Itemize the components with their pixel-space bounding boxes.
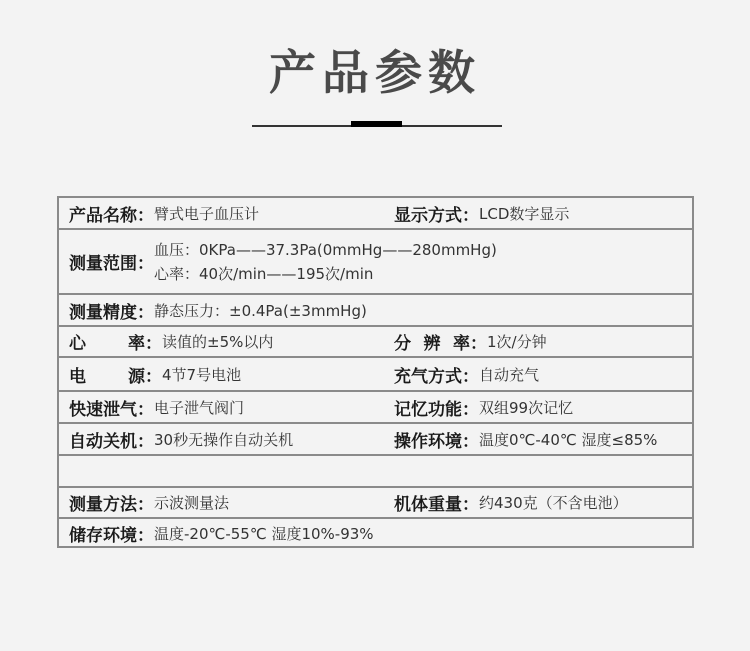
table-row: 产品名称：臂式电子血压计 显示方式：LCD数字显示 [59, 198, 692, 230]
spec-label: 机体重量 [394, 490, 462, 515]
spec-label: 快速泄气 [69, 395, 137, 420]
spec-label: 心率 [69, 329, 145, 354]
table-row: 测量范围： 血压：0KPa——37.3Pa(0mmHg——280mmHg) 心率… [59, 230, 692, 295]
page-title: 产品参数 [0, 36, 750, 103]
table-row: 测量方法：示波测量法 机体重量：约430克（不含电池） [59, 488, 692, 519]
spec-label: 测量范围 [69, 249, 137, 274]
table-row: 测量精度：静态压力：±0.4Pa(±3mmHg) [59, 295, 692, 327]
table-row-empty [59, 456, 692, 488]
spec-value: 自动充气 [479, 364, 539, 385]
spec-label: 产品名称 [69, 201, 137, 226]
spec-value: 臂式电子血压计 [154, 203, 259, 224]
spec-value: 温度0℃-40℃ 湿度≤85% [479, 429, 657, 450]
spec-value: 电子泄气阀门 [154, 397, 244, 418]
spec-label: 操作环境 [394, 427, 462, 452]
spec-value: 30秒无操作自动关机 [154, 429, 293, 450]
spec-table: 产品名称：臂式电子血压计 显示方式：LCD数字显示 测量范围： 血压：0KPa—… [57, 196, 694, 548]
spec-value: 静态压力：±0.4Pa(±3mmHg) [154, 300, 367, 321]
spec-label: 分辨率 [394, 329, 470, 354]
spec-label: 储存环境 [69, 521, 137, 546]
spec-value: 双组99次记忆 [479, 397, 573, 418]
spec-label: 充气方式 [394, 362, 462, 387]
spec-label: 自动关机 [69, 427, 137, 452]
spec-value: 4节7号电池 [162, 364, 241, 385]
spec-value-hr: 心率：40次/min——195次/min [154, 262, 497, 286]
table-row: 自动关机：30秒无操作自动关机 操作环境：温度0℃-40℃ 湿度≤85% [59, 424, 692, 456]
spec-label: 电源 [69, 362, 145, 387]
spec-value: 温度-20℃-55℃ 湿度10%-93% [154, 523, 374, 544]
spec-value: 示波测量法 [154, 492, 229, 513]
table-row: 快速泄气：电子泄气阀门 记忆功能：双组99次记忆 [59, 392, 692, 424]
spec-label: 测量方法 [69, 490, 137, 515]
spec-value: 读值的±5%以内 [162, 331, 273, 352]
spec-label: 测量精度 [69, 298, 137, 323]
spec-value: 1次/分钟 [487, 331, 547, 352]
spec-label: 记忆功能 [394, 395, 462, 420]
spec-value-bp: 血压：0KPa——37.3Pa(0mmHg——280mmHg) [154, 238, 497, 262]
table-row: 储存环境：温度-20℃-55℃ 湿度10%-93% [59, 519, 692, 548]
table-row: 心率：读值的±5%以内 分辨率：1次/分钟 [59, 327, 692, 358]
title-divider-accent [351, 121, 402, 127]
spec-value: 约430克（不含电池） [479, 492, 628, 513]
table-row: 电源：4节7号电池 充气方式：自动充气 [59, 358, 692, 392]
spec-value: LCD数字显示 [479, 203, 569, 224]
spec-label: 显示方式 [394, 201, 462, 226]
